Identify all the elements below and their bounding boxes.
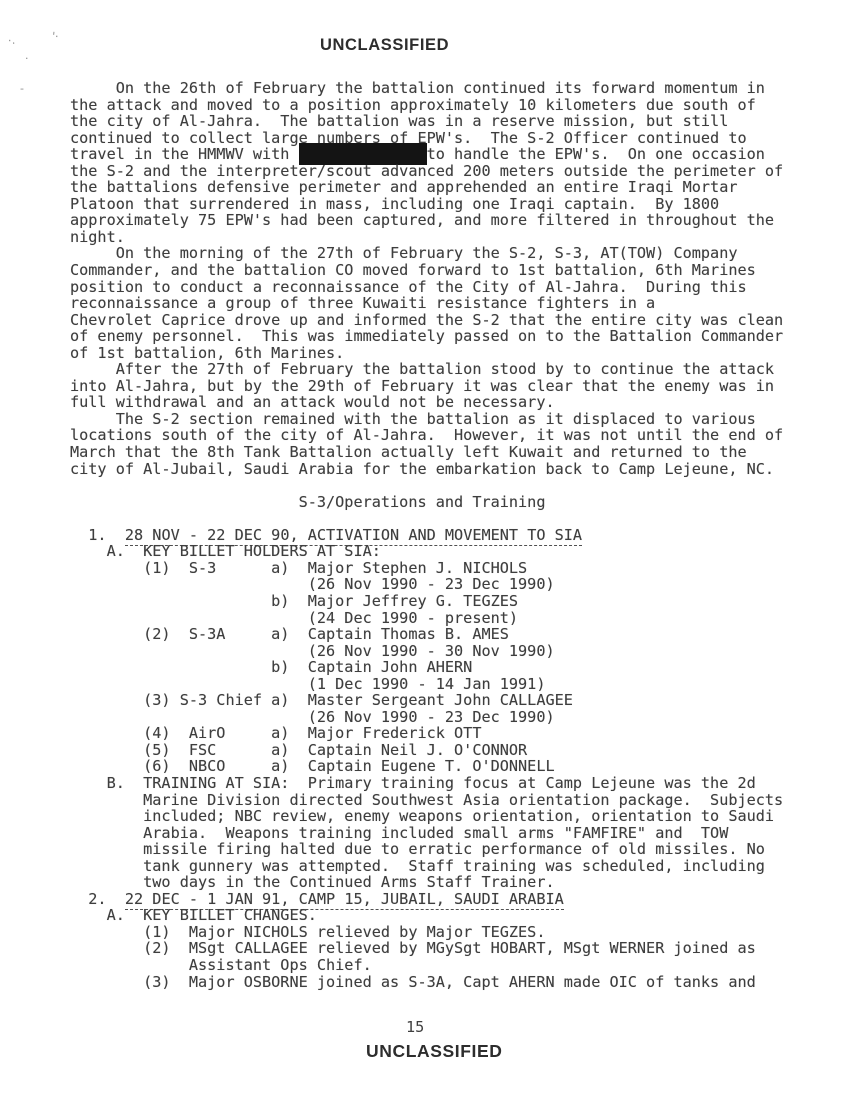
document-line: position to conduct a reconnaissance of …	[70, 279, 783, 296]
text-segment: travel in the HMMWV with	[70, 145, 299, 163]
text-segment: two days in the Continued Arms Staff Tra…	[70, 873, 555, 891]
text-segment: missile firing halted due to erratic per…	[70, 840, 765, 858]
document-line: Assistant Ops Chief.	[70, 957, 783, 974]
text-segment: of 1st battalion, 6th Marines.	[70, 344, 344, 362]
document-line: Arabia. Weapons training included small …	[70, 825, 783, 842]
document-line: the city of Al-Jahra. The battalion was …	[70, 113, 783, 130]
text-segment: locations south of the city of Al-Jahra.…	[70, 426, 783, 444]
document-body: On the 26th of February the battalion co…	[70, 80, 783, 990]
document-line: (2) MSgt CALLAGEE relieved by MGySgt HOB…	[70, 940, 783, 957]
document-line: b) Captain John AHERN	[70, 659, 783, 676]
document-line	[70, 477, 783, 494]
document-line: Chevrolet Caprice drove up and informed …	[70, 312, 783, 329]
text-segment: included; NBC review, enemy weapons orie…	[70, 807, 774, 825]
text-segment: (24 Dec 1990 - present)	[70, 609, 518, 627]
document-line: On the 26th of February the battalion co…	[70, 80, 783, 97]
document-line: March that the 8th Tank Battalion actual…	[70, 444, 783, 461]
text-segment: (1) S-3 a) Major Stephen J. NICHOLS	[70, 559, 527, 577]
text-segment: full withdrawal and an attack would not …	[70, 393, 555, 411]
document-line: (26 Nov 1990 - 30 Nov 1990)	[70, 643, 783, 660]
document-line: full withdrawal and an attack would not …	[70, 394, 783, 411]
text-segment: Assistant Ops Chief.	[70, 956, 372, 974]
document-line: (6) NBCO a) Captain Eugene T. O'DONNELL	[70, 758, 783, 775]
text-segment: Platoon that surrendered in mass, includ…	[70, 195, 719, 213]
document-line: (1) S-3 a) Major Stephen J. NICHOLS	[70, 560, 783, 577]
text-segment: approximately 75 EPW's had been captured…	[70, 211, 774, 229]
document-line: reconnaissance a group of three Kuwaiti …	[70, 295, 783, 312]
scan-artifact-mark: ·.	[7, 34, 16, 48]
document-line: S-3/Operations and Training	[70, 494, 783, 511]
text-segment: On the 26th of February the battalion co…	[70, 79, 765, 97]
text-segment: (3) S-3 Chief a) Master Sergeant John CA…	[70, 691, 573, 709]
document-line: the attack and moved to a position appro…	[70, 97, 783, 114]
text-segment: (26 Nov 1990 - 23 Dec 1990)	[70, 575, 555, 593]
text-segment: A. KEY BILLET CHANGES.	[70, 906, 317, 924]
document-line: the S-2 and the interpreter/scout advanc…	[70, 163, 783, 180]
document-line: night.	[70, 229, 783, 246]
text-segment: (1 Dec 1990 - 14 Jan 1991)	[70, 675, 545, 693]
document-line: 1. 28 NOV - 22 DEC 90, ACTIVATION AND MO…	[70, 527, 783, 544]
document-line: (24 Dec 1990 - present)	[70, 610, 783, 627]
document-line: of enemy personnel. This was immediately…	[70, 328, 783, 345]
text-segment: reconnaissance a group of three Kuwaiti …	[70, 294, 655, 312]
document-line: (26 Nov 1990 - 23 Dec 1990)	[70, 709, 783, 726]
document-line: (2) S-3A a) Captain Thomas B. AMES	[70, 626, 783, 643]
text-segment: (26 Nov 1990 - 30 Nov 1990)	[70, 642, 555, 660]
text-segment: the attack and moved to a position appro…	[70, 96, 756, 114]
document-line: 2. 22 DEC - 1 JAN 91, CAMP 15, JUBAIL, S…	[70, 891, 783, 908]
text-segment: to handle the EPW's. On one occasion	[427, 145, 765, 163]
text-segment: On the morning of the 27th of February t…	[70, 244, 738, 262]
document-page: ·. '· · - UNCLASSIFIED On the 26th of Fe…	[0, 0, 850, 1107]
text-segment: night.	[70, 228, 125, 246]
page-number: 15	[406, 1018, 424, 1036]
text-segment: the S-2 and the interpreter/scout advanc…	[70, 162, 783, 180]
text-segment: b) Major Jeffrey G. TEGZES	[70, 592, 518, 610]
document-line: b) Major Jeffrey G. TEGZES	[70, 593, 783, 610]
text-segment: into Al-Jahra, but by the 29th of Februa…	[70, 377, 774, 395]
document-line: included; NBC review, enemy weapons orie…	[70, 808, 783, 825]
scan-artifact-mark: -	[20, 82, 24, 95]
document-line: the battalions defensive perimeter and a…	[70, 179, 783, 196]
header-classification-banner: UNCLASSIFIED	[320, 36, 449, 55]
document-line: missile firing halted due to erratic per…	[70, 841, 783, 858]
text-segment: Arabia. Weapons training included small …	[70, 824, 728, 842]
document-line: city of Al-Jubail, Saudi Arabia for the …	[70, 461, 783, 478]
document-line: tank gunnery was attempted. Staff traini…	[70, 858, 783, 875]
text-segment: The S-2 section remained with the battal…	[70, 410, 756, 428]
text-segment: (3) Major OSBORNE joined as S-3A, Capt A…	[70, 973, 756, 991]
document-line: (1 Dec 1990 - 14 Jan 1991)	[70, 676, 783, 693]
text-segment: city of Al-Jubail, Saudi Arabia for the …	[70, 460, 774, 478]
document-line: into Al-Jahra, but by the 29th of Februa…	[70, 378, 783, 395]
document-line: two days in the Continued Arms Staff Tra…	[70, 874, 783, 891]
text-segment: A. KEY BILLET HOLDERS AT SIA:	[70, 542, 381, 560]
document-line	[70, 510, 783, 527]
text-segment: (26 Nov 1990 - 23 Dec 1990)	[70, 708, 555, 726]
text-segment: Commander, and the battalion CO moved fo…	[70, 261, 756, 279]
document-line: travel in the HMMWV with to handle the E…	[70, 146, 783, 163]
text-segment: (2) S-3A a) Captain Thomas B. AMES	[70, 625, 509, 643]
footer-classification-banner: UNCLASSIFIED	[366, 1041, 503, 1062]
document-line: Platoon that surrendered in mass, includ…	[70, 196, 783, 213]
text-segment: B. TRAINING AT SIA: Primary training foc…	[70, 774, 756, 792]
document-line: Marine Division directed Southwest Asia …	[70, 792, 783, 809]
scan-artifact-mark: '·	[51, 30, 59, 44]
scan-artifact-mark: ·	[25, 52, 29, 65]
document-line: (3) S-3 Chief a) Master Sergeant John CA…	[70, 692, 783, 709]
document-line: A. KEY BILLET HOLDERS AT SIA:	[70, 543, 783, 560]
document-line: (1) Major NICHOLS relieved by Major TEGZ…	[70, 924, 783, 941]
document-line: After the 27th of February the battalion…	[70, 361, 783, 378]
text-segment: (1) Major NICHOLS relieved by Major TEGZ…	[70, 923, 545, 941]
text-segment: position to conduct a reconnaissance of …	[70, 278, 747, 296]
redaction-bar	[299, 145, 427, 163]
document-line: (4) AirO a) Major Frederick OTT	[70, 725, 783, 742]
document-line: B. TRAINING AT SIA: Primary training foc…	[70, 775, 783, 792]
text-segment: the battalions defensive perimeter and a…	[70, 178, 738, 196]
text-segment: of enemy personnel. This was immediately…	[70, 327, 783, 345]
text-segment: the city of Al-Jahra. The battalion was …	[70, 112, 728, 130]
text-segment: (6) NBCO a) Captain Eugene T. O'DONNELL	[70, 757, 555, 775]
document-line: The S-2 section remained with the battal…	[70, 411, 783, 428]
text-segment: continued to collect large numbers of EP…	[70, 129, 747, 147]
document-line: locations south of the city of Al-Jahra.…	[70, 427, 783, 444]
text-segment: b) Captain John AHERN	[70, 658, 472, 676]
text-segment: tank gunnery was attempted. Staff traini…	[70, 857, 765, 875]
text-segment: (4) AirO a) Major Frederick OTT	[70, 724, 481, 742]
text-segment: After the 27th of February the battalion…	[70, 360, 774, 378]
text-segment: 1.	[70, 526, 125, 544]
document-line: A. KEY BILLET CHANGES.	[70, 907, 783, 924]
text-segment: March that the 8th Tank Battalion actual…	[70, 443, 747, 461]
document-line: (3) Major OSBORNE joined as S-3A, Capt A…	[70, 974, 783, 991]
text-segment: (5) FSC a) Captain Neil J. O'CONNOR	[70, 741, 527, 759]
document-line: approximately 75 EPW's had been captured…	[70, 212, 783, 229]
text-segment: (2) MSgt CALLAGEE relieved by MGySgt HOB…	[70, 939, 756, 957]
document-line: Commander, and the battalion CO moved fo…	[70, 262, 783, 279]
document-line: (26 Nov 1990 - 23 Dec 1990)	[70, 576, 783, 593]
document-line: of 1st battalion, 6th Marines.	[70, 345, 783, 362]
document-line: continued to collect large numbers of EP…	[70, 130, 783, 147]
text-segment: 2.	[70, 890, 125, 908]
text-segment: Chevrolet Caprice drove up and informed …	[70, 311, 783, 329]
document-line: (5) FSC a) Captain Neil J. O'CONNOR	[70, 742, 783, 759]
text-segment: S-3/Operations and Training	[70, 493, 545, 511]
document-line: On the morning of the 27th of February t…	[70, 245, 783, 262]
text-segment: Marine Division directed Southwest Asia …	[70, 791, 783, 809]
